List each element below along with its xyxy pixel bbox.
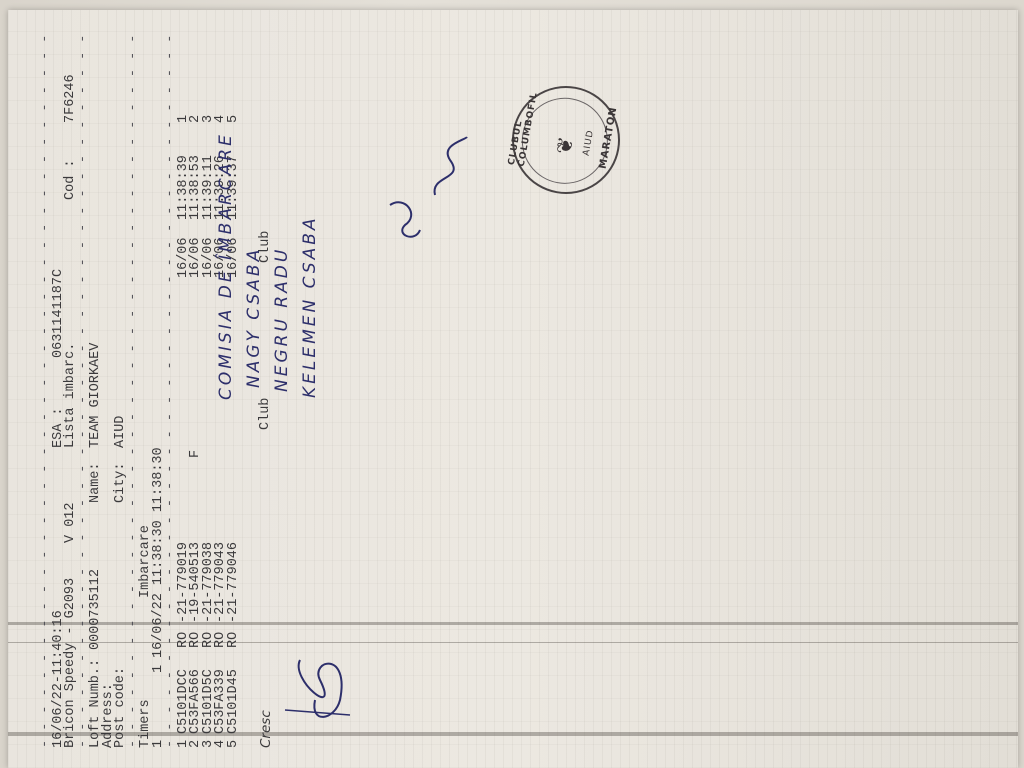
name-value: TEAM GIORKAEV — [90, 343, 103, 448]
city-label: City: — [115, 462, 128, 503]
divider: - - - - - - - - - - - - - - - - - - - - … — [128, 28, 141, 748]
cod-value: 7F6246 — [65, 74, 78, 123]
handwritten-member: NEGRU RADU — [276, 247, 289, 392]
timer-value: 16/06/22 11:38:30 11:38:30 — [153, 447, 166, 658]
signature-initials — [385, 195, 425, 245]
timer-index: 1 — [153, 740, 166, 748]
club-label-left: Club — [260, 398, 273, 430]
list-title: Lista imbarc. — [65, 343, 78, 448]
city-value: AIUD — [115, 416, 128, 448]
postcode-label: Post code: — [115, 667, 128, 748]
bird-sex: F — [190, 450, 203, 458]
device-name: Bricon Speedy - G2093 — [65, 578, 78, 748]
fancier-line-3: Post code: City: AIUD — [115, 28, 128, 748]
club-line: Cresc Club Club — [260, 28, 273, 748]
handwritten-member: NAGY CSABA — [248, 247, 261, 388]
timer-no: 1 — [153, 665, 166, 673]
bird-chip: C5101D45 — [228, 669, 241, 734]
bird-ring: -21-779046 — [228, 542, 241, 623]
signature-squiggle — [425, 135, 470, 205]
signature-scribble — [280, 640, 360, 730]
fancier-line-2: Address: — [103, 28, 116, 748]
handwritten-member: KELEMEN CSABA — [304, 215, 317, 398]
handwritten-title: COMISIA DE ÎMBARCARE — [220, 132, 233, 400]
header-line-2: Bricon Speedy - G2093 V 012 Lista imbarc… — [65, 28, 78, 748]
name-label: Name: — [90, 462, 103, 503]
loft-value: 0000735112 — [90, 569, 103, 650]
bird-no: 5 — [228, 740, 241, 748]
timers-row: 1 1 16/06/22 11:38:30 11:38:30 — [153, 28, 166, 748]
cod-label: Cod : — [65, 159, 78, 200]
bird-country: RO — [228, 632, 241, 648]
signature-name: Cresc — [260, 710, 273, 748]
firmware-version: V 012 — [65, 502, 78, 543]
bird-order: 5 — [228, 115, 241, 123]
fancier-line-1: Loft Numb.: 0000735112 Name: TEAM GIORKA… — [90, 28, 103, 748]
